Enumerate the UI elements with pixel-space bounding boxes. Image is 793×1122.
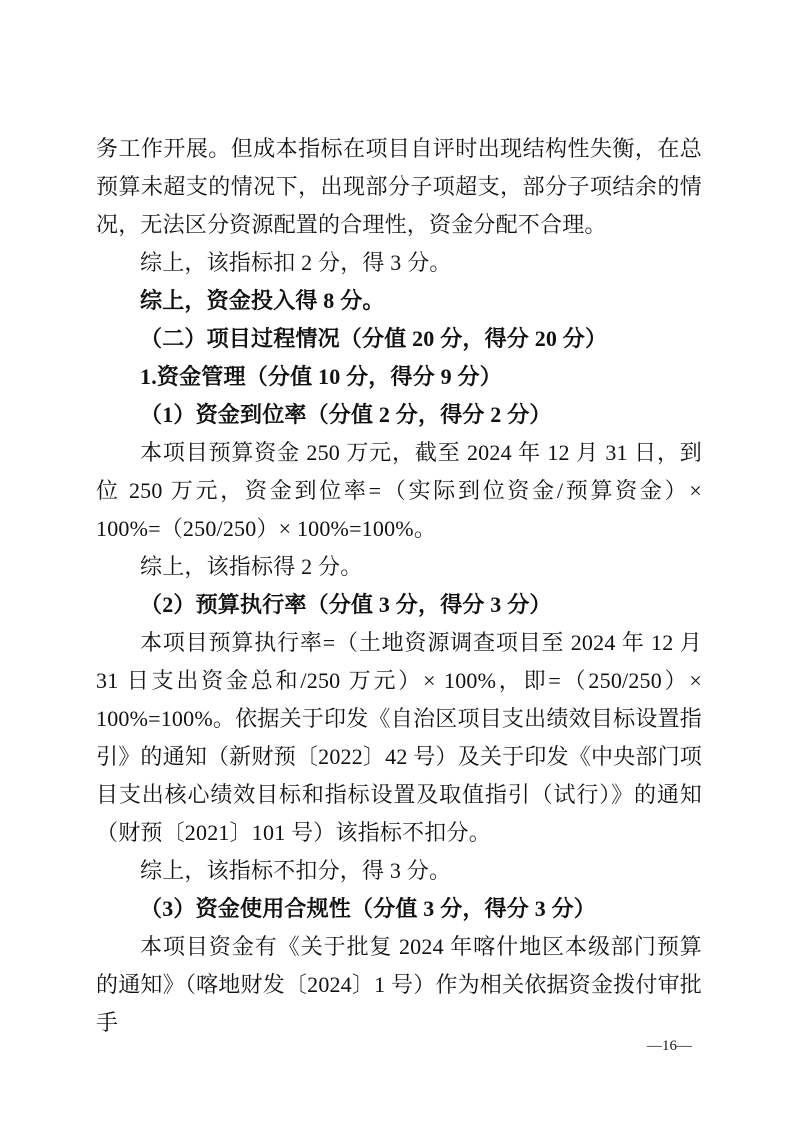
document-body: 务工作开展。但成本指标在项目自评时出现结构性失衡，在总预算未超支的情况下，出现部… — [96, 130, 702, 1042]
paragraph: 本项目预算资金 250 万元，截至 2024 年 12 月 31 日，到位 25… — [96, 434, 702, 548]
paragraph: （1）资金到位率（分值 2 分，得分 2 分） — [96, 396, 702, 434]
paragraph: 综上，该指标扣 2 分，得 3 分。 — [96, 244, 702, 282]
paragraph: 综上，该指标不扣分，得 3 分。 — [96, 852, 702, 890]
paragraph: （二）项目过程情况（分值 20 分，得分 20 分） — [96, 320, 702, 358]
paragraph: 务工作开展。但成本指标在项目自评时出现结构性失衡，在总预算未超支的情况下，出现部… — [96, 130, 702, 244]
document-page: 务工作开展。但成本指标在项目自评时出现结构性失衡，在总预算未超支的情况下，出现部… — [0, 0, 793, 1122]
paragraph: （2）预算执行率（分值 3 分，得分 3 分） — [96, 586, 702, 624]
paragraph: （3）资金使用合规性（分值 3 分，得分 3 分） — [96, 890, 702, 928]
paragraph: 本项目资金有《关于批复 2024 年喀什地区本级部门预算的通知》（喀地财发〔20… — [96, 928, 702, 1042]
paragraph: 本项目预算执行率=（土地资源调查项目至 2024 年 12 月 31 日支出资金… — [96, 624, 702, 852]
paragraph: 综上，资金投入得 8 分。 — [96, 282, 702, 320]
page-number: —16— — [647, 1036, 692, 1056]
paragraph: 1.资金管理（分值 10 分，得分 9 分） — [96, 358, 702, 396]
paragraph: 综上，该指标得 2 分。 — [96, 548, 702, 586]
